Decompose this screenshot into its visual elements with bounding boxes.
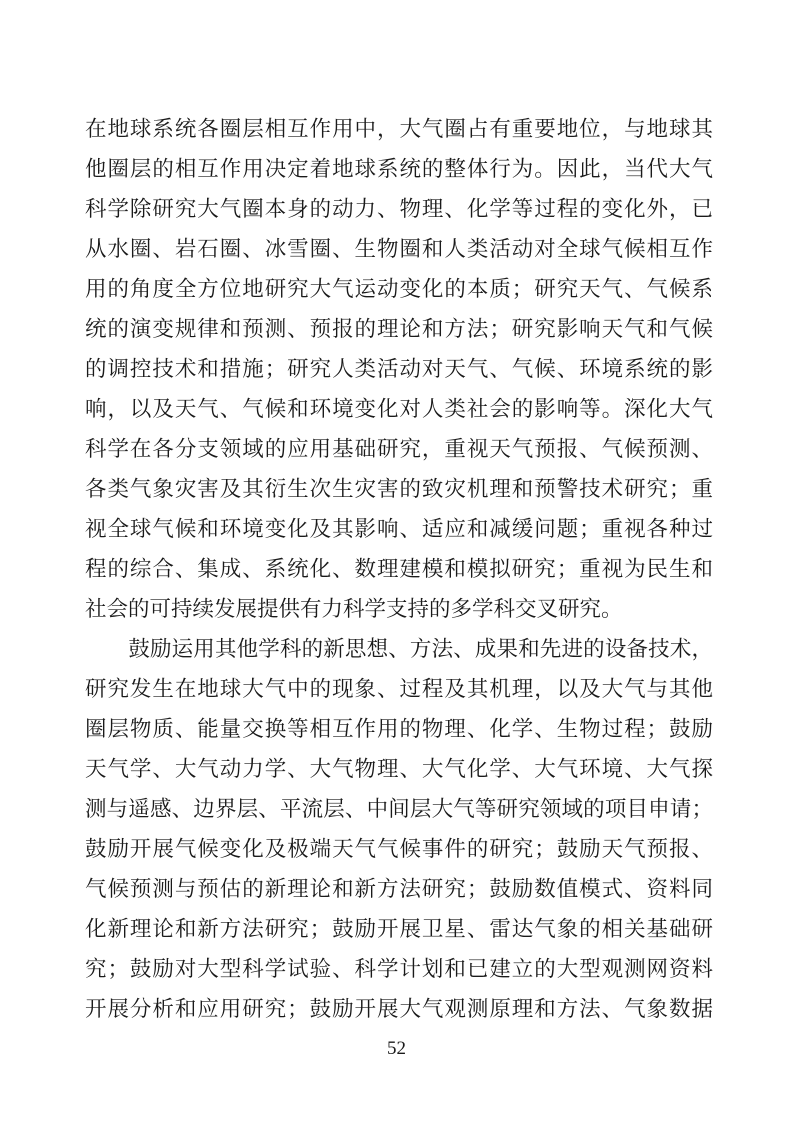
- text-line: 在地球系统各圈层相互作用中，大气圈占有重要地位，与地球其: [85, 109, 713, 149]
- text-line: 鼓励开展气候变化及极端天气气候事件的研究；鼓励天气预报、: [85, 829, 713, 869]
- text-line: 从水圈、岩石圈、冰雪圈、生物圈和人类活动对全球气候相互作: [85, 229, 713, 269]
- text-line: 响，以及天气、气候和环境变化对人类社会的影响等。深化大气: [85, 389, 713, 429]
- text-line: 圈层物质、能量交换等相互作用的物理、化学、生物过程；鼓励: [85, 709, 713, 749]
- text-line: 视全球气候和环境变化及其影响、适应和减缓问题；重视各种过: [85, 509, 713, 549]
- text-line: 的调控技术和措施；研究人类活动对天气、气候、环境系统的影: [85, 349, 713, 389]
- paragraph: 在地球系统各圈层相互作用中，大气圈占有重要地位，与地球其他圈层的相互作用决定着地…: [85, 109, 713, 629]
- text-line: 气候预测与预估的新理论和新方法研究；鼓励数值模式、资料同: [85, 869, 713, 909]
- text-line: 程的综合、集成、系统化、数理建模和模拟研究；重视为民生和: [85, 549, 713, 589]
- text-line: 科学在各分支领域的应用基础研究，重视天气预报、气候预测、: [85, 429, 713, 469]
- page-number: 52: [0, 1034, 793, 1064]
- text-line: 各类气象灾害及其衍生次生灾害的致灾机理和预警技术研究；重: [85, 469, 713, 509]
- text-line: 鼓励运用其他学科的新思想、方法、成果和先进的设备技术，: [85, 629, 713, 669]
- text-line: 用的角度全方位地研究大气运动变化的本质；研究天气、气候系: [85, 269, 713, 309]
- text-line: 开展分析和应用研究；鼓励开展大气观测原理和方法、气象数据: [85, 989, 713, 1029]
- text-line: 研究发生在地球大气中的现象、过程及其机理，以及大气与其他: [85, 669, 713, 709]
- text-line: 测与遥感、边界层、平流层、中间层大气等研究领域的项目申请；: [85, 789, 713, 829]
- text-line: 科学除研究大气圈本身的动力、物理、化学等过程的变化外，已: [85, 189, 713, 229]
- text-line: 天气学、大气动力学、大气物理、大气化学、大气环境、大气探: [85, 749, 713, 789]
- paragraph: 鼓励运用其他学科的新思想、方法、成果和先进的设备技术，研究发生在地球大气中的现象…: [85, 629, 713, 1029]
- document-page: 在地球系统各圈层相互作用中，大气圈占有重要地位，与地球其他圈层的相互作用决定着地…: [0, 0, 793, 1122]
- text-line: 社会的可持续发展提供有力科学支持的多学科交叉研究。: [85, 589, 713, 629]
- text-line: 化新理论和新方法研究；鼓励开展卫星、雷达气象的相关基础研: [85, 909, 713, 949]
- text-line: 统的演变规律和预测、预报的理论和方法；研究影响天气和气候: [85, 309, 713, 349]
- body-text: 在地球系统各圈层相互作用中，大气圈占有重要地位，与地球其他圈层的相互作用决定着地…: [85, 109, 713, 1029]
- text-line: 究；鼓励对大型科学试验、科学计划和已建立的大型观测网资料: [85, 949, 713, 989]
- text-line: 他圈层的相互作用决定着地球系统的整体行为。因此，当代大气: [85, 149, 713, 189]
